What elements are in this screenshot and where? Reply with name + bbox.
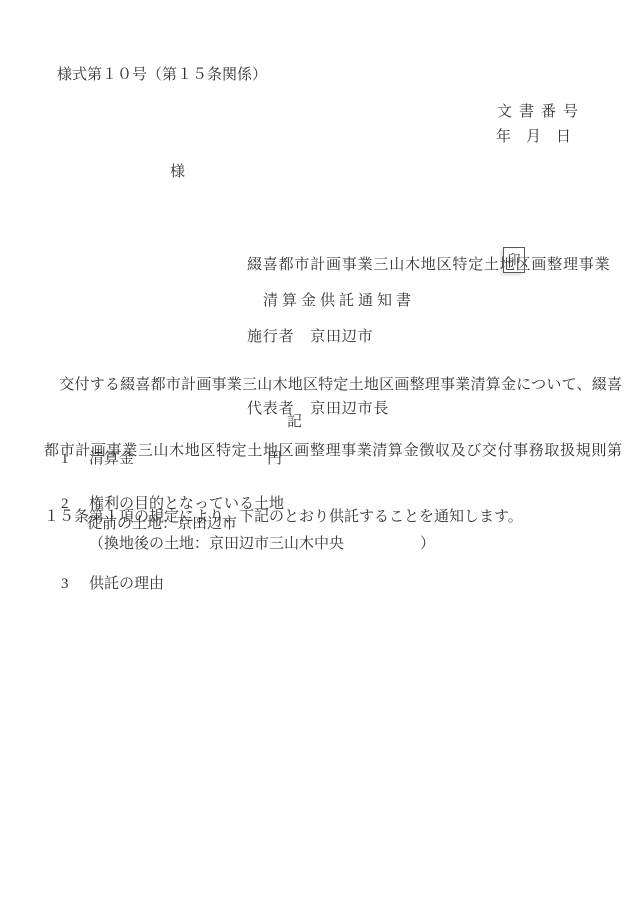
form-number: 様式第１０号（第１５条関係） xyxy=(57,65,267,85)
item-2-after-land-close-paren: ） xyxy=(420,534,435,554)
item-1-number: 1 xyxy=(61,449,69,469)
seal-mark: 印 xyxy=(507,252,520,267)
item-1-unit: 円 xyxy=(267,449,282,469)
date-line: 年 月 日 xyxy=(496,127,571,147)
document-number-label: 文書番号 xyxy=(497,102,585,122)
item-3-label: 供託の理由 xyxy=(89,574,164,594)
notice-document-page: 様式第１０号（第１５条関係） 文書番号 年 月 日 様 綴喜都市計画事業三山木地… xyxy=(0,0,630,915)
sender-project-name: 綴喜都市計画事業三山木地区特定土地区画整理事業 xyxy=(247,253,610,277)
body-line: 交付する綴喜都市計画事業三山木地区特定土地区画整理事業清算金について、綴喜 xyxy=(44,374,622,396)
item-1-label: 清算金 xyxy=(89,449,134,469)
item-2-label: 権利の目的となっている土地 xyxy=(89,494,284,514)
addressee-suffix: 様 xyxy=(170,162,185,182)
item-2-before-land: 従前の土地：京田辺市 xyxy=(87,514,237,534)
record-marker: 記 xyxy=(287,412,302,432)
item-2-after-land: （換地後の土地：京田辺市三山木中央 xyxy=(89,534,344,554)
seal-stamp-box: 印 xyxy=(503,247,525,273)
document-title: 清算金供託通知書 xyxy=(263,291,415,311)
item-2-number: 2 xyxy=(61,494,69,514)
item-3-number: 3 xyxy=(61,574,69,594)
